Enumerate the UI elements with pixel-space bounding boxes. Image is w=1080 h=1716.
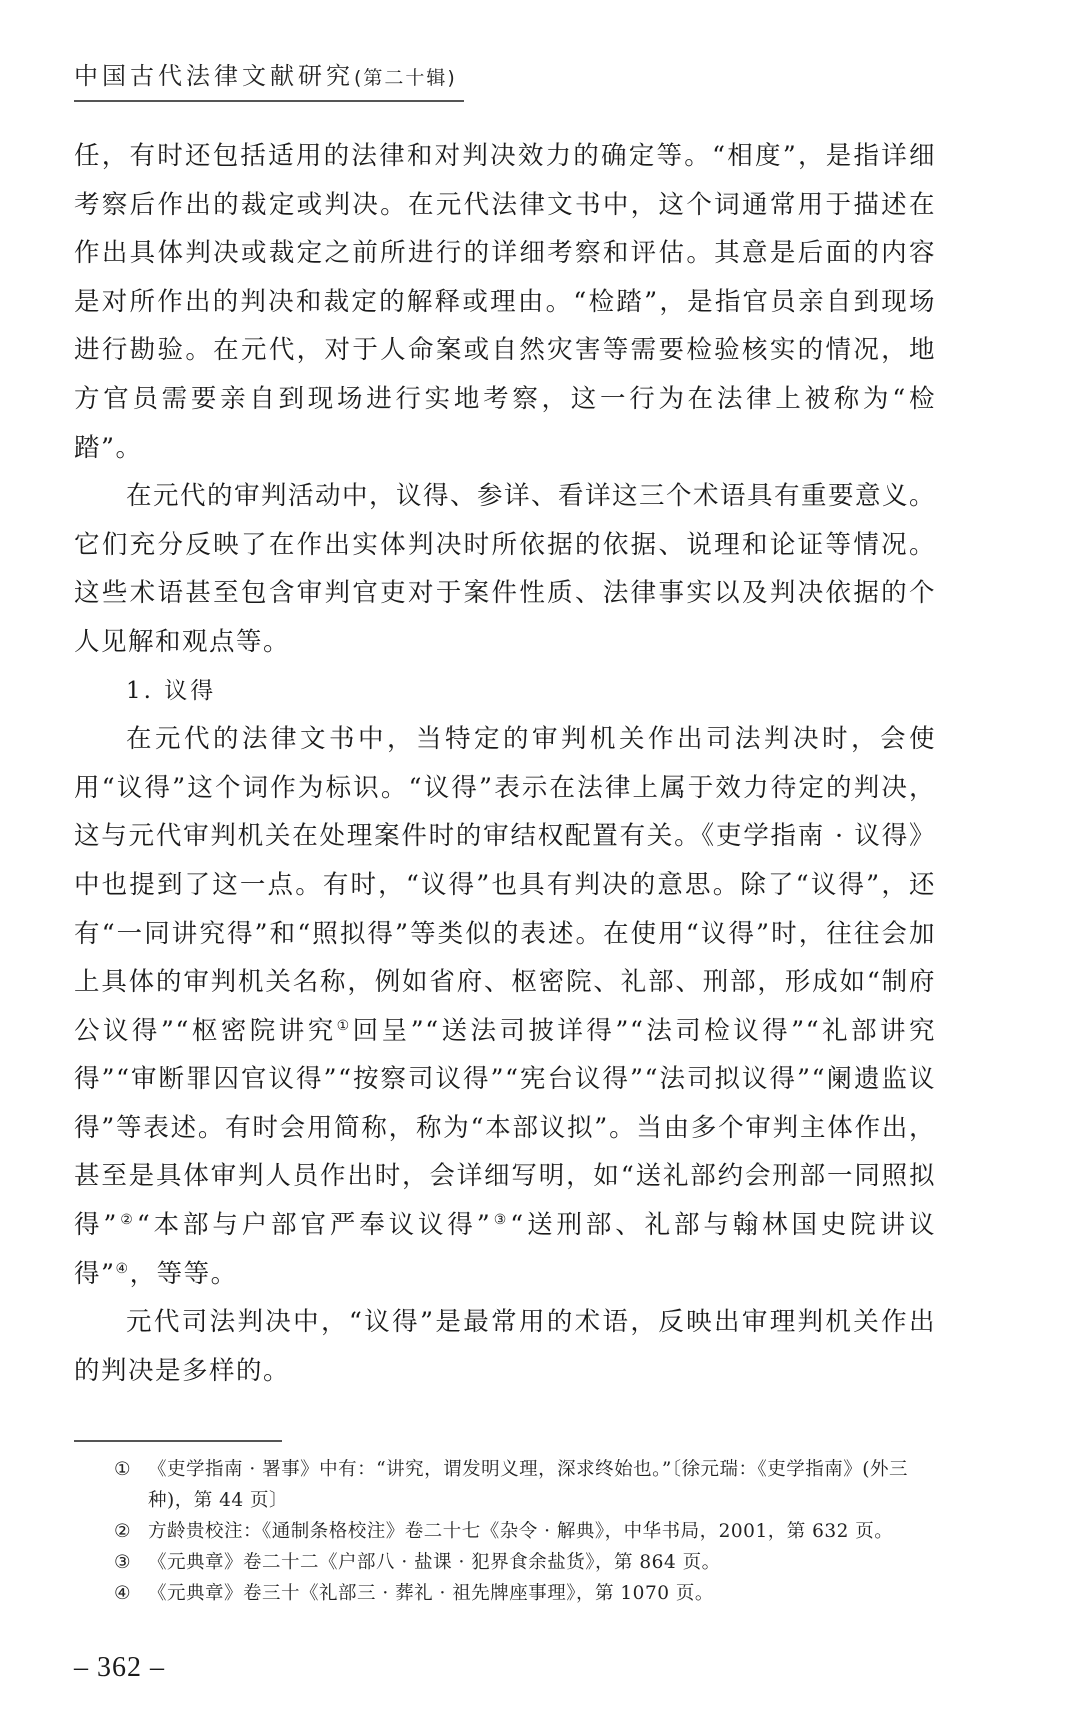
paragraph-3: 在元代的法律文书中，当特定的审判机关作出司法判决时，会使用“议得”这个词作为标识… xyxy=(74,715,936,1298)
main-text: 任，有时还包括适用的法律和对判决效力的确定等。“相度”，是指详细考察后作出的裁定… xyxy=(74,132,936,1395)
page-number: – 362 – xyxy=(74,1652,165,1684)
footnotes: ① 《吏学指南 · 署事》中有：“讲究，谓发明义理，深求终始也。”〔徐元瑞：《吏… xyxy=(114,1454,944,1609)
footnote-ref-1[interactable]: ① xyxy=(337,1018,353,1034)
journal-name: 中国古代法律文献研究 xyxy=(74,62,354,90)
paragraph-3-text-3: “本部与户部官严奉议议得” xyxy=(137,1210,492,1240)
footnote-1: ① 《吏学指南 · 署事》中有：“讲究，谓发明义理，深求终始也。”〔徐元瑞：《吏… xyxy=(114,1454,944,1516)
header-divider xyxy=(74,100,464,102)
journal-volume: (第二十辑) xyxy=(354,67,457,89)
paragraph-2: 在元代的审判活动中，议得、参详、看详这三个术语具有重要意义。它们充分反映了在作出… xyxy=(74,472,936,666)
footnote-text: 《元典章》卷二十二《户部八 · 盐课 · 犯界食余盐货》，第 864 页。 xyxy=(148,1547,944,1578)
journal-title: 中国古代法律文献研究(第二十辑) xyxy=(74,60,464,94)
footnote-ref-2[interactable]: ② xyxy=(118,1212,137,1228)
footnote-mark: ③ xyxy=(114,1547,148,1578)
footnote-mark: ① xyxy=(114,1454,148,1516)
footnote-3: ③ 《元典章》卷二十二《户部八 · 盐课 · 犯界食余盐货》，第 864 页。 xyxy=(114,1547,944,1578)
footnote-4: ④ 《元典章》卷三十《礼部三 · 葬礼 · 祖先牌座事理》，第 1070 页。 xyxy=(114,1578,944,1609)
paragraph-1: 任，有时还包括适用的法律和对判决效力的确定等。“相度”，是指详细考察后作出的裁定… xyxy=(74,132,936,472)
footnote-text: 《元典章》卷三十《礼部三 · 葬礼 · 祖先牌座事理》，第 1070 页。 xyxy=(148,1578,944,1609)
footnote-text: 《吏学指南 · 署事》中有：“讲究，谓发明义理，深求终始也。”〔徐元瑞：《吏学指… xyxy=(148,1454,944,1516)
paragraph-4: 元代司法判决中，“议得”是最常用的术语，反映出审理判机关作出的判决是多样的。 xyxy=(74,1298,936,1395)
running-header: 中国古代法律文献研究(第二十辑) xyxy=(74,60,464,94)
paragraph-3-text-1: 在元代的法律文书中，当特定的审判机关作出司法判决时，会使用“议得”这个词作为标识… xyxy=(74,724,936,1046)
paragraph-3-text-5: ，等等。 xyxy=(130,1259,238,1289)
footnote-ref-3[interactable]: ③ xyxy=(491,1212,510,1228)
footnote-mark: ② xyxy=(114,1516,148,1547)
footnote-text: 方龄贵校注：《通制条格校注》卷二十七《杂令 · 解典》，中华书局，2001，第 … xyxy=(148,1516,944,1547)
section-heading: 1. 议得 xyxy=(74,667,936,716)
footnote-2: ② 方龄贵校注：《通制条格校注》卷二十七《杂令 · 解典》，中华书局，2001，… xyxy=(114,1516,944,1547)
paragraph-3-text-2: 回呈”“送法司披详得”“法司检议得”“礼部讲究得”“审断罪囚官议得”“按察司议得… xyxy=(74,1016,936,1240)
footnote-ref-4[interactable]: ④ xyxy=(116,1261,130,1277)
footnote-mark: ④ xyxy=(114,1578,148,1609)
footnote-divider xyxy=(74,1440,282,1442)
